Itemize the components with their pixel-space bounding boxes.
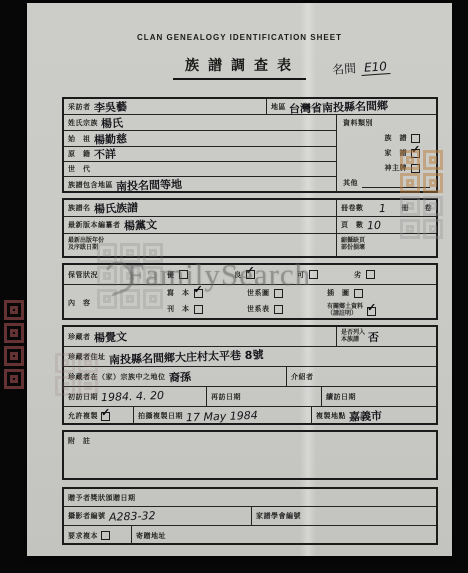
owner-position-value: 裔孫 (168, 368, 191, 385)
latest-edition-label-2: 及序跋日期 (68, 245, 98, 252)
coverage-label: 族譜包含地區 (68, 180, 113, 190)
checkbox (354, 289, 363, 298)
copy-date-label: 拍攝複製日期 (138, 411, 183, 421)
content-column-1: 寫 本 刊 本 (167, 288, 203, 314)
category-item-label: 家 譜 (385, 148, 408, 158)
compiler-field: 最新版本編纂者 楊黨文 (64, 217, 337, 233)
coverage-field: 族譜包含地區 南投名間等地 (64, 177, 336, 193)
region-value: 台灣省南投縣名間鄉 (289, 99, 388, 114)
volumes-unit1: 冊 (402, 203, 410, 213)
book-title-field: 族譜名 楊氏族譜 (64, 200, 337, 216)
society-no-field: 家譜學會編號 (252, 507, 436, 525)
origin-field: 原 籍 不詳 (64, 147, 336, 161)
send-address-label: 寄贈地址 (136, 531, 166, 541)
category-item: 神主牌 (343, 163, 430, 173)
checkbox (246, 270, 255, 279)
checkbox (194, 305, 203, 314)
scan-edge-bottom (0, 556, 468, 573)
clan-label: 姓氏宗族 (68, 118, 98, 128)
introducer-label: 介紹者 (291, 372, 314, 382)
category-item-other: 其他 (343, 178, 430, 188)
copy-permit-label: 允許複製 (68, 411, 98, 421)
latest-edition-label-1: 最新出版年份 (68, 238, 104, 245)
first-ancestor-label: 始 祖 (68, 134, 91, 144)
pages-label: 頁 數 (341, 220, 364, 230)
content-item-label: 世系表 (247, 304, 270, 314)
photographer-no-label: 攝影者編號 (68, 511, 106, 521)
form-title-text: 族譜調查表 (173, 55, 306, 80)
form-header-english: CLAN GENEALOGY IDENTIFICATION SHEET (27, 33, 452, 42)
send-address-field: 寄贈地址 (132, 526, 436, 545)
notes-box: 附 註 (62, 430, 438, 480)
category-item-label: 其他 (343, 178, 358, 188)
owner-position-label: 珍藏者在（家）宗族中之地位 (68, 372, 166, 382)
condition-label: 保管狀況 (68, 270, 98, 280)
content-item-label: 世系圖 (247, 288, 270, 298)
checkbox (411, 164, 420, 173)
checkbox (274, 289, 283, 298)
copy-permit-field: 允許複製 (64, 407, 134, 425)
checkbox (274, 305, 283, 314)
introducer-field: 介紹者 (287, 367, 436, 386)
clan-field: 姓氏宗族 楊氏 (64, 115, 336, 130)
notes-label: 附 註 (68, 436, 91, 446)
copy-request-label: 要求複本 (68, 531, 98, 541)
copy-place-label: 複製地點 (316, 411, 346, 421)
volumes-label: 冊卷數 (341, 203, 364, 213)
content-column-2: 世系圖 世系表 (247, 288, 283, 314)
annotation-place: 名間 (332, 61, 357, 77)
missing-pages-field: 縮攝缺頁 部份損壞 (337, 234, 436, 256)
first-visit-value: 1984. 4. 20 (101, 389, 164, 404)
latest-edition-field: 最新出版年份 及序跋日期 (64, 234, 337, 256)
condition-option-label: 可 (297, 270, 305, 280)
book-title-label: 族譜名 (68, 203, 91, 213)
admin-box: 贈予者獎狀頒贈日期 攝影者編號 A283-32 家譜學會編號 要求複本 寄贈地址 (62, 487, 438, 545)
content-label: 內 容 (68, 298, 91, 308)
origin-value: 不詳 (93, 147, 116, 161)
owner-name-label: 珍藏者 (68, 332, 91, 342)
compiler-value: 楊黨文 (123, 217, 157, 233)
checkbox (194, 289, 203, 298)
copy-place-value: 嘉義市 (349, 407, 383, 424)
region-field: 地區 台灣省南投縣名間鄉 (267, 99, 436, 114)
award-date-label: 贈予者獎狀頒贈日期 (68, 493, 136, 503)
first-visit-label: 初訪日期 (68, 392, 98, 402)
interviewer-label: 采訪者 (68, 102, 91, 112)
book-info-box: 族譜名 楊氏族譜 冊卷數 1 冊 卷 最新版本編纂者 楊黨文 頁 數 10 最新… (62, 198, 438, 258)
listed-label-2: 本族譜 (341, 337, 365, 344)
category-label: 資料類別 (343, 118, 373, 128)
condition-option-label: 良 (234, 270, 242, 280)
first-visit-field: 初訪日期 1984. 4. 20 (64, 387, 207, 406)
scan-edge-right (452, 0, 468, 573)
owner-position-field: 珍藏者在（家）宗族中之地位 裔孫 (64, 367, 287, 386)
interviewer-field: 采訪者 李吳藝 (64, 99, 267, 114)
checkbox (101, 412, 110, 421)
listed-label-1: 是否列入 (341, 330, 365, 337)
pages-field: 頁 數 10 (337, 217, 436, 233)
volumes-value: 1 (379, 201, 386, 214)
copy-place-field: 複製地點 嘉義市 (312, 407, 436, 425)
content-item-sublabel: （請註明） (327, 311, 363, 318)
content-item-label: 有關鄉土資料 (327, 304, 363, 311)
second-visit-label: 再訪日期 (211, 392, 241, 402)
checkbox (309, 270, 318, 279)
condition-option: 優 (167, 265, 188, 284)
volumes-field: 冊卷數 1 冊 卷 (337, 200, 436, 216)
category-item: 家 譜 (343, 148, 430, 158)
condition-option: 劣 (354, 265, 375, 284)
blank-line (362, 178, 430, 188)
award-date-field: 贈予者獎狀頒贈日期 (64, 489, 436, 506)
checkbox (411, 149, 420, 158)
photographer-no-field: 攝影者編號 A283-32 (64, 507, 252, 525)
owner-address-label: 珍藏者住址 (68, 352, 106, 362)
checkbox (179, 270, 188, 279)
generations-field: 世 代 (64, 162, 336, 176)
owner-name-value: 楊覺文 (93, 328, 127, 345)
follow-visit-field: 續訪日期 (322, 387, 436, 406)
owner-name-field: 珍藏者 楊覺文 (64, 327, 337, 346)
basic-info-box: 采訪者 李吳藝 地區 台灣省南投縣名間鄉 姓氏宗族 楊氏 始 祖 (62, 97, 438, 193)
volumes-unit2: 卷 (425, 203, 433, 213)
interviewer-value: 李吳藝 (93, 99, 127, 114)
generations-label: 世 代 (68, 164, 91, 174)
scan-edge-left (0, 0, 27, 573)
condition-option: 良 (234, 265, 255, 284)
condition-option-label: 優 (167, 270, 175, 280)
photographer-no-value: A283-32 (108, 509, 155, 524)
compiler-label: 最新版本編纂者 (68, 220, 121, 230)
pages-value: 10 (366, 218, 380, 231)
book-title-value: 楊氏族譜 (93, 200, 138, 216)
copy-date-value: 17 May 1984 (186, 408, 258, 423)
coverage-value: 南投名間等地 (116, 177, 183, 193)
content-item-label: 刊 本 (167, 304, 190, 314)
origin-label: 原 籍 (68, 149, 91, 159)
region-label: 地區 (271, 102, 286, 112)
checkbox (367, 307, 376, 316)
clan-value: 楊氏 (101, 115, 124, 130)
material-category-box: 資料類別 族 譜 家 譜 神主牌 其他 (337, 115, 436, 193)
missing-pages-label-2: 部份損壞 (341, 245, 365, 252)
society-no-label: 家譜學會編號 (256, 511, 301, 521)
content-column-3: 插 圖 有關鄉土資料 （請註明） (327, 288, 376, 318)
copy-date-field: 拍攝複製日期 17 May 1984 (134, 407, 312, 425)
category-item: 族 譜 (343, 133, 430, 143)
condition-content-box: 保管狀況 優 良 可 劣 (62, 263, 438, 320)
checkbox (366, 270, 375, 279)
document-sheet: CLAN GENEALOGY IDENTIFICATION SHEET 族譜調查… (27, 3, 452, 556)
follow-visit-label: 續訪日期 (326, 392, 356, 402)
notes-field: 附 註 (64, 432, 436, 478)
owner-box: 珍藏者 楊覺文 是否列入 本族譜 否 珍藏者住址 南投縣名間鄉大庄村太平巷 8號… (62, 325, 438, 425)
content-item-label: 寫 本 (167, 288, 190, 298)
content-field: 內 容 寫 本 刊 本 世系圖 世系表 插 圖 有關鄉土資料 （請註明） (64, 285, 436, 320)
condition-option-label: 劣 (354, 270, 362, 280)
first-ancestor-field: 始 祖 楊勤慈 (64, 131, 336, 146)
copy-request-field: 要求複本 (64, 526, 132, 545)
condition-option: 可 (297, 265, 318, 284)
listed-field: 是否列入 本族譜 否 (337, 327, 436, 346)
second-visit-field: 再訪日期 (207, 387, 322, 406)
owner-address-value: 南投縣名間鄉大庄村太平巷 8號 (108, 347, 263, 366)
annotation-number: E10 (361, 59, 391, 76)
first-ancestor-value: 楊勤慈 (93, 131, 127, 146)
category-item-label: 神主牌 (385, 163, 408, 173)
content-item-label: 插 圖 (327, 288, 350, 298)
category-item-label: 族 譜 (385, 133, 408, 143)
owner-address-field: 珍藏者住址 南投縣名間鄉大庄村太平巷 8號 (64, 347, 436, 366)
checkbox (101, 531, 110, 540)
condition-field: 保管狀況 優 良 可 劣 (64, 265, 436, 284)
checkbox (411, 134, 420, 143)
listed-value: 否 (368, 328, 380, 344)
missing-pages-label-1: 縮攝缺頁 (341, 238, 365, 245)
